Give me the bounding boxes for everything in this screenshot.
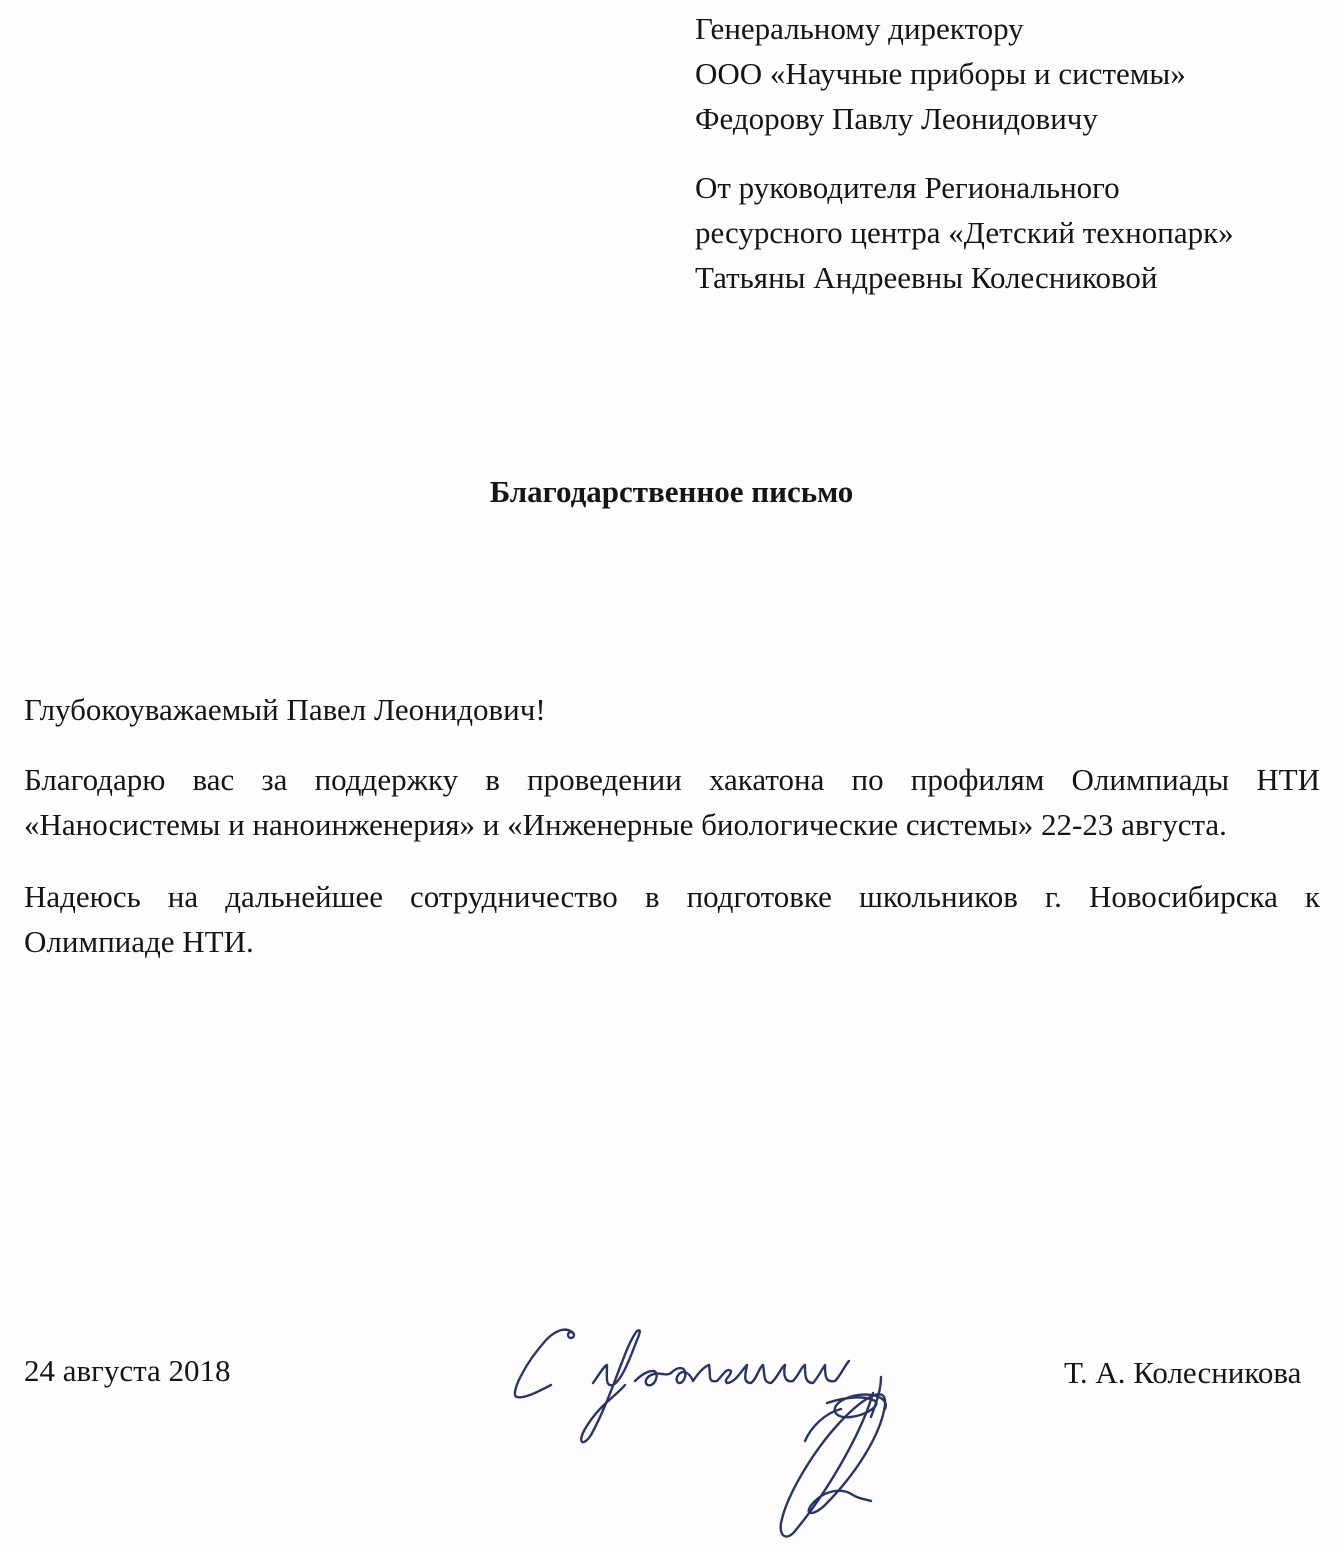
paragraph-line: Надеюсь на дальнейшее сотрудничество в п…	[24, 874, 1320, 919]
addressee-block: Генеральному директору ООО «Научные приб…	[695, 6, 1186, 141]
addressee-name: Федорову Павлу Леонидовичу	[695, 96, 1186, 141]
paragraph-line: «Наносистемы и наноинженерия» и «Инженер…	[24, 802, 1320, 847]
letter-page: Генеральному директору ООО «Научные приб…	[0, 0, 1343, 1551]
addressee-position: Генеральному директору	[695, 6, 1186, 51]
body-paragraph-cooperation: Надеюсь на дальнейшее сотрудничество в п…	[24, 874, 1320, 964]
sender-block: От руководителя Регионального ресурсного…	[695, 165, 1234, 300]
letter-title: Благодарственное письмо	[0, 470, 1343, 514]
signature-icon	[495, 1305, 1035, 1545]
letter-greeting: Глубокоуважаемый Павел Леонидович!	[24, 688, 546, 732]
body-paragraph-thanks: Благодарю вас за поддержку в проведении …	[24, 757, 1320, 847]
paragraph-line: Олимпиаде НТИ.	[24, 919, 1320, 964]
sender-organization: ресурсного центра «Детский технопарк»	[695, 210, 1234, 255]
handwritten-signature: С уважением,	[495, 1305, 1035, 1545]
letter-date: 24 августа 2018	[24, 1349, 231, 1393]
paragraph-line: Благодарю вас за поддержку в проведении …	[24, 757, 1320, 802]
addressee-company: ООО «Научные приборы и системы»	[695, 51, 1186, 96]
sender-position: От руководителя Регионального	[695, 165, 1234, 210]
signer-name: Т. А. Колесникова	[1064, 1351, 1301, 1395]
sender-name: Татьяны Андреевны Колесниковой	[695, 255, 1234, 300]
